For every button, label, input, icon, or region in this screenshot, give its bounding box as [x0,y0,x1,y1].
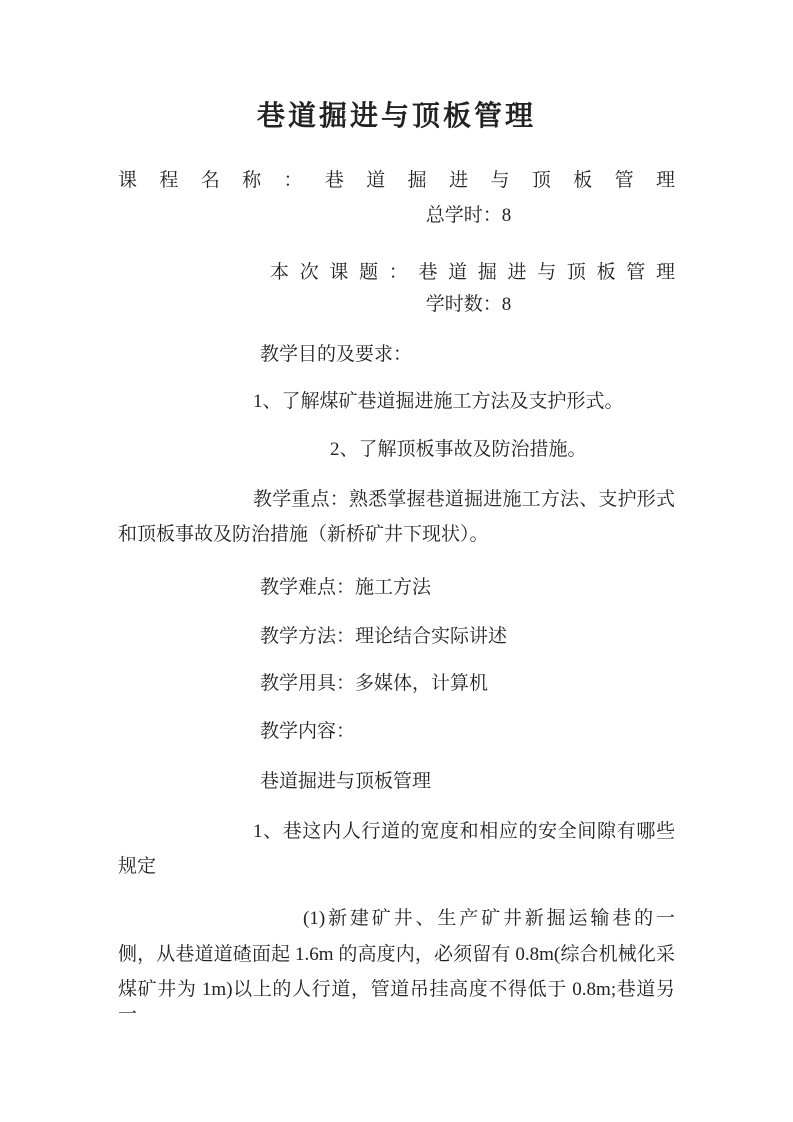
lesson-topic-line: 本次课题：巷道掘进与顶板管理 [118,260,675,285]
document-page: 巷道掘进与顶板管理 课程名称：巷道掘进与顶板管理 总学时：8 本次课题：巷道掘进… [0,0,793,1122]
teaching-focus-line-2: 和顶板事故及防治措施（新桥矿井下现状）。 [118,522,675,547]
total-hours-line: 总学时：8 [118,203,675,228]
teaching-difficulty-line: 教学难点：施工方法 [118,575,675,600]
objective-item-2: 2、了解顶板事故及防治措施。 [118,437,675,462]
answer-1-line-3: 煤矿井为 1m)以上的人行道，管道吊挂高度不得低于 0.8m;巷道另一 [118,977,675,1027]
teaching-focus-line-1: 教学重点：熟悉掌握巷道掘进施工方法、支护形式 [118,487,675,512]
teaching-method-line: 教学方法：理论结合实际讲述 [118,624,675,649]
teaching-content-heading: 教学内容： [118,719,675,744]
objective-item-1: 1、了解煤矿巷道掘进施工方法及支护形式。 [118,389,675,414]
document-title: 巷道掘进与顶板管理 [0,94,793,134]
answer-1-line-2: 侧，从巷道道碴面起 1.6m 的高度内，必须留有 0.8m(综合机械化采 [118,942,675,967]
question-1-line-1: 1、巷这内人行道的宽度和相应的安全间隙有哪些 [118,819,675,844]
course-name-line: 课程名称：巷道掘进与顶板管理 [118,168,675,193]
answer-1-line-1: (1)新建矿井、生产矿井新掘运输巷的一 [118,906,675,931]
teaching-aids-line: 教学用具：多媒体，计算机 [118,671,675,696]
question-1-line-2: 规定 [118,854,675,879]
teaching-objectives-heading: 教学目的及要求： [118,342,675,367]
hours-count-line: 学时数：8 [118,292,675,317]
content-title-line: 巷道掘进与顶板管理 [118,769,675,794]
